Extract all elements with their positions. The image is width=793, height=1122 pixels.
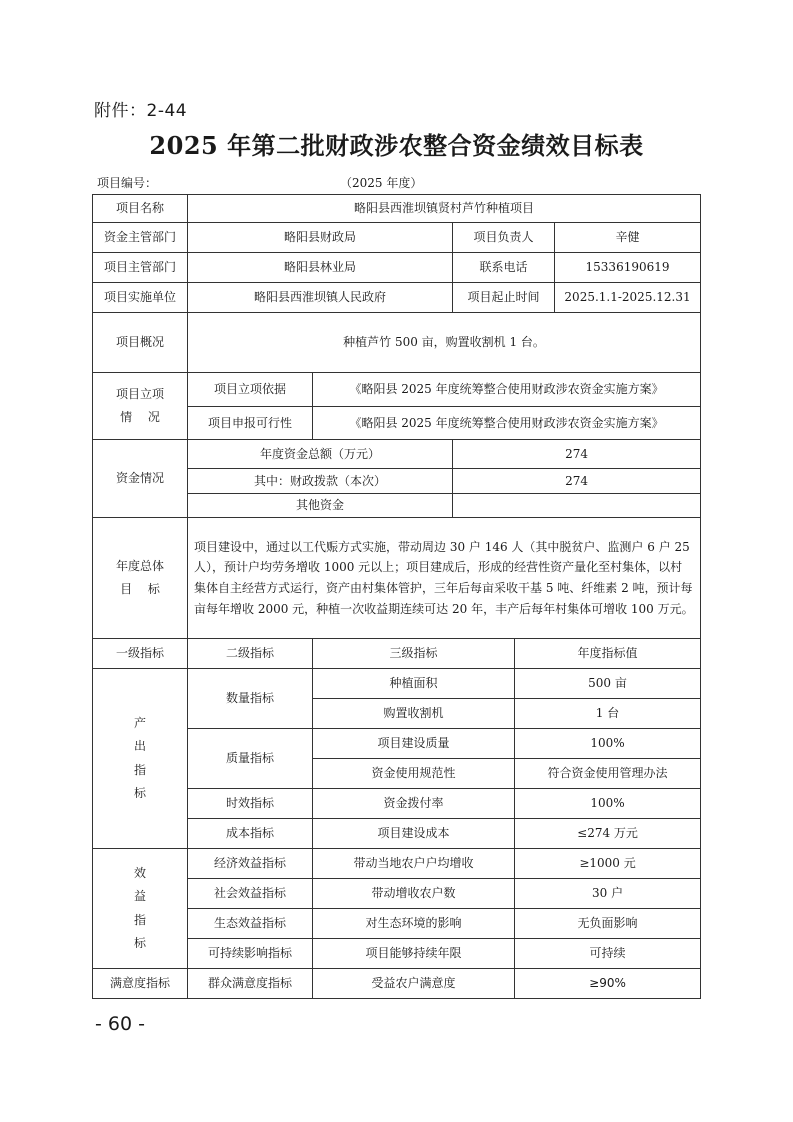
- period-value: 2025.1.1-2025.12.31: [555, 283, 701, 313]
- row-impl-unit: 项目实施单位 略阳县西淮坝镇人民政府 项目起止时间 2025.1.1-2025.…: [93, 283, 701, 313]
- level2-indicator: 经济效益指标: [188, 849, 313, 879]
- row-fund-total: 资金情况 年度资金总额（万元） 274: [93, 440, 701, 469]
- phone-label: 联系电话: [453, 253, 555, 283]
- funds-label: 资金情况: [93, 440, 188, 518]
- indicator-value: 100%: [515, 789, 701, 819]
- output-indicator-label: 产 出 指 标: [93, 669, 188, 849]
- indicator-value: 无负面影响: [515, 909, 701, 939]
- feasibility-label: 项目申报可行性: [188, 407, 313, 440]
- benefit-label-char: 益: [96, 885, 184, 908]
- header-level3: 三级指标: [313, 639, 515, 669]
- project-dept-value: 略阳县林业局: [188, 253, 453, 283]
- indicator-value: 30 户: [515, 879, 701, 909]
- indicator-name: 资金拨付率: [313, 789, 515, 819]
- approval-label-line2: 情 况: [96, 406, 184, 429]
- fund-other-value: [453, 494, 701, 518]
- row-project-dept: 项目主管部门 略阳县林业局 联系电话 15336190619: [93, 253, 701, 283]
- header-level1: 一级指标: [93, 639, 188, 669]
- indicator-name: 购置收割机: [313, 699, 515, 729]
- row-project-name: 项目名称 略阳县西淮坝镇贤村芦竹种植项目: [93, 195, 701, 223]
- table-row: 效 益 指 标 经济效益指标 带动当地农户户均增收 ≥1000 元: [93, 849, 701, 879]
- indicator-value: ≥1000 元: [515, 849, 701, 879]
- fund-dept-label: 资金主管部门: [93, 223, 188, 253]
- leader-value: 辛健: [555, 223, 701, 253]
- attachment-label: 附件：2-44: [94, 96, 187, 121]
- indicator-name: 资金使用规范性: [313, 759, 515, 789]
- output-label-char: 产: [96, 712, 184, 735]
- row-fund-dept: 资金主管部门 略阳县财政局 项目负责人 辛健: [93, 223, 701, 253]
- project-number-label: 项目编号：: [97, 174, 157, 191]
- table-row: 产 出 指 标 数量指标 种植面积 500 亩: [93, 669, 701, 699]
- fund-fiscal-label: 其中：财政拨款（本次）: [188, 469, 453, 494]
- level2-indicator: 可持续影响指标: [188, 939, 313, 969]
- row-objective: 年度总体 目 标 项目建设中，通过以工代赈方式实施，带动周边 30 户 146 …: [93, 518, 701, 639]
- indicator-value: 可持续: [515, 939, 701, 969]
- header-value: 年度指标值: [515, 639, 701, 669]
- satisfaction-indicator-label: 满意度指标: [93, 969, 188, 999]
- feasibility-value: 《略阳县 2025 年度统筹整合使用财政涉农资金实施方案》: [313, 407, 701, 440]
- output-label-char: 指: [96, 759, 184, 782]
- benefit-label-char: 指: [96, 909, 184, 932]
- benefit-indicator-label: 效 益 指 标: [93, 849, 188, 969]
- approval-basis-label: 项目立项依据: [188, 373, 313, 407]
- timeliness-indicator-label: 时效指标: [188, 789, 313, 819]
- impl-unit-value: 略阳县西淮坝镇人民政府: [188, 283, 453, 313]
- indicator-name: 项目建设成本: [313, 819, 515, 849]
- approval-basis-value: 《略阳县 2025 年度统筹整合使用财政涉农资金实施方案》: [313, 373, 701, 407]
- objective-label-line1: 年度总体: [96, 555, 184, 578]
- performance-target-table: 项目名称 略阳县西淮坝镇贤村芦竹种植项目 资金主管部门 略阳县财政局 项目负责人…: [92, 194, 701, 999]
- project-name-label: 项目名称: [93, 195, 188, 223]
- overview-value: 种植芦竹 500 亩，购置收割机 1 台。: [188, 313, 701, 373]
- indicator-value: 1 台: [515, 699, 701, 729]
- indicator-name: 种植面积: [313, 669, 515, 699]
- indicator-name: 项目能够持续年限: [313, 939, 515, 969]
- project-name-value: 略阳县西淮坝镇贤村芦竹种植项目: [188, 195, 701, 223]
- indicator-value: ≥90%: [515, 969, 701, 999]
- year-label: （2025 年度）: [340, 174, 422, 191]
- page-number: - 60 -: [95, 1013, 145, 1035]
- header-level2: 二级指标: [188, 639, 313, 669]
- cost-indicator-label: 成本指标: [188, 819, 313, 849]
- row-approval-basis: 项目立项 情 况 项目立项依据 《略阳县 2025 年度统筹整合使用财政涉农资金…: [93, 373, 701, 407]
- indicator-name: 受益农户满意度: [313, 969, 515, 999]
- output-label-char: 出: [96, 735, 184, 758]
- indicator-value: 符合资金使用管理办法: [515, 759, 701, 789]
- fund-total-value: 274: [453, 440, 701, 469]
- indicator-name: 对生态环境的影响: [313, 909, 515, 939]
- fund-dept-value: 略阳县财政局: [188, 223, 453, 253]
- objective-label-line2: 目 标: [96, 578, 184, 601]
- approval-label-line1: 项目立项: [96, 383, 184, 406]
- benefit-label-char: 效: [96, 862, 184, 885]
- indicator-header-row: 一级指标 二级指标 三级指标 年度指标值: [93, 639, 701, 669]
- indicator-value: 100%: [515, 729, 701, 759]
- approval-label: 项目立项 情 况: [93, 373, 188, 440]
- benefit-label-char: 标: [96, 932, 184, 955]
- quantity-indicator-label: 数量指标: [188, 669, 313, 729]
- table-row: 满意度指标 群众满意度指标 受益农户满意度 ≥90%: [93, 969, 701, 999]
- indicator-name: 带动当地农户户均增收: [313, 849, 515, 879]
- row-overview: 项目概况 种植芦竹 500 亩，购置收割机 1 台。: [93, 313, 701, 373]
- project-dept-label: 项目主管部门: [93, 253, 188, 283]
- page-title: 2025 年第二批财政涉农整合资金绩效目标表: [0, 126, 793, 161]
- indicator-value: 500 亩: [515, 669, 701, 699]
- fund-other-label: 其他资金: [188, 494, 453, 518]
- fund-total-label: 年度资金总额（万元）: [188, 440, 453, 469]
- level2-indicator: 群众满意度指标: [188, 969, 313, 999]
- quality-indicator-label: 质量指标: [188, 729, 313, 789]
- level2-indicator: 社会效益指标: [188, 879, 313, 909]
- phone-value: 15336190619: [555, 253, 701, 283]
- indicator-name: 项目建设质量: [313, 729, 515, 759]
- fund-fiscal-value: 274: [453, 469, 701, 494]
- objective-label: 年度总体 目 标: [93, 518, 188, 639]
- leader-label: 项目负责人: [453, 223, 555, 253]
- impl-unit-label: 项目实施单位: [93, 283, 188, 313]
- objective-text: 项目建设中，通过以工代赈方式实施，带动周边 30 户 146 人（其中脱贫户、监…: [188, 518, 701, 639]
- indicator-value: ≤274 万元: [515, 819, 701, 849]
- output-label-char: 标: [96, 782, 184, 805]
- level2-indicator: 生态效益指标: [188, 909, 313, 939]
- period-label: 项目起止时间: [453, 283, 555, 313]
- overview-label: 项目概况: [93, 313, 188, 373]
- indicator-name: 带动增收农户数: [313, 879, 515, 909]
